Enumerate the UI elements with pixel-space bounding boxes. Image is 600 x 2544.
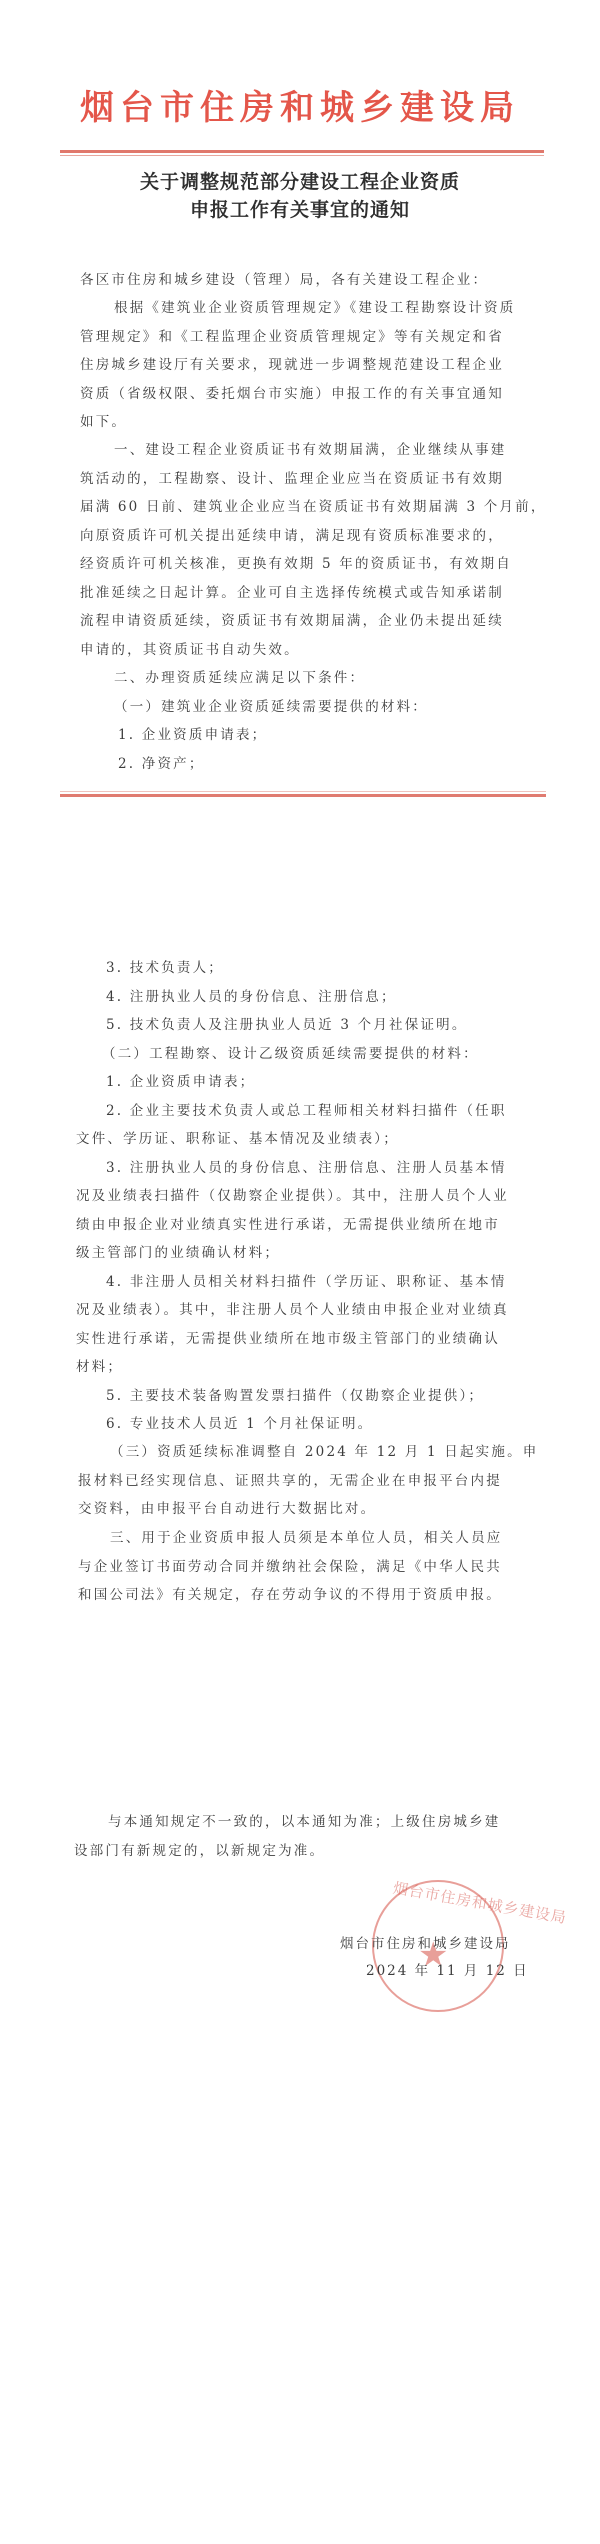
list-item-continued: 绩由申报企业对业绩真实性进行承诺，无需提供业绩所在地市 <box>76 1211 526 1240</box>
text-line: 根据《建筑业企业资质管理规定》《建设工程勘察设计资质 <box>80 294 526 323</box>
subsection-1-heading: （一）建筑业企业资质延续需要提供的材料： <box>80 693 526 722</box>
text-line: 流程申请资质延续，资质证书有效期届满，企业仍未提出延续 <box>80 607 526 636</box>
page-break-divider <box>60 794 546 797</box>
salutation-text: 各区市住房和城乡建设（管理）局，各有关建设工程企业： <box>80 266 526 295</box>
subsection-3-paragraph: （三）资质延续标准调整自 2024 年 12 月 1 日起实施。申 报材料已经实… <box>80 1438 526 1524</box>
text-line: 向原资质许可机关提出延续申请，满足现有资质标准要求的， <box>80 522 526 551</box>
list-item-continued: 文件、学历证、职称证、基本情况及业绩表）； <box>76 1125 526 1154</box>
subsection-2-items: 1. 企业资质申请表； 2. 企业主要技术负责人或总工程师相关材料扫描件（任职 … <box>80 1068 526 1439</box>
document-title-line-1: 关于调整规范部分建设工程企业资质 <box>0 168 600 196</box>
text-line: 经资质许可机关核准，更换有效期 5 年的资质证书，有效期自 <box>80 550 526 579</box>
list-item: 1. 企业资质申请表； <box>80 721 526 750</box>
subsection-2-heading: （二）工程勘察、设计乙级资质延续需要提供的材料： <box>80 1040 526 1069</box>
masthead-divider <box>60 150 544 153</box>
list-item: 5. 技术负责人及注册执业人员近 3 个月社保证明。 <box>80 1011 526 1040</box>
list-item-continued: 况及业绩表扫描件（仅勘察企业提供）。其中，注册人员个人业 <box>76 1182 526 1211</box>
text-line: 届满 60 日前、建筑业企业应当在资质证书有效期届满 3 个月前， <box>80 493 526 522</box>
section-1-paragraph: 一、建设工程企业资质证书有效期届满，企业继续从事建 筑活动的，工程勘察、设计、监… <box>80 436 526 664</box>
text-line: 设部门有新规定的，以新规定为准。 <box>74 1837 526 1866</box>
text-line: 资质（省级权限、委托烟台市实施）申报工作的有关事宜通知 <box>80 380 526 409</box>
text-line: 和国公司法》有关规定，存在劳动争议的不得用于资质申报。 <box>78 1581 526 1610</box>
section-3-paragraph: 三、用于企业资质申报人员须是本单位人员，相关人员应 与企业签订书面劳动合同并缴纳… <box>80 1524 526 1610</box>
text-line: 与企业签订书面劳动合同并缴纳社会保险，满足《中华人民共 <box>78 1553 526 1582</box>
text-line: 筑活动的，工程勘察、设计、监理企业应当在资质证书有效期 <box>80 465 526 494</box>
text-line: 交资料，由申报平台自动进行大数据比对。 <box>78 1495 526 1524</box>
subsection-1-continued: 3. 技术负责人； 4. 注册执业人员的身份信息、注册信息； 5. 技术负责人及… <box>80 954 526 1068</box>
text-line: 与本通知规定不一致的，以本通知为准；上级住房城乡建 <box>80 1808 526 1837</box>
list-item-continued: 况及业绩表）。其中，非注册人员个人业绩由申报企业对业绩真 <box>76 1296 526 1325</box>
salutation: 各区市住房和城乡建设（管理）局，各有关建设工程企业： <box>80 266 526 295</box>
list-item: 3. 注册执业人员的身份信息、注册信息、注册人员基本情 <box>80 1154 526 1183</box>
intro-paragraph: 根据《建筑业企业资质管理规定》《建设工程勘察设计资质 管理规定》和《工程监理企业… <box>80 294 526 437</box>
list-item-continued: 材料； <box>76 1353 526 1382</box>
seal-text: 烟台市住房和城乡建设局 <box>392 1877 569 1928</box>
list-item-continued: 级主管部门的业绩确认材料； <box>76 1239 526 1268</box>
list-item: 4. 注册执业人员的身份信息、注册信息； <box>80 983 526 1012</box>
list-item: 2. 企业主要技术负责人或总工程师相关材料扫描件（任职 <box>80 1097 526 1126</box>
document-title-line-2: 申报工作有关事宜的通知 <box>0 196 600 224</box>
signature-issuer: 烟台市住房和城乡建设局 <box>340 1932 511 1952</box>
list-item: 1. 企业资质申请表； <box>80 1068 526 1097</box>
section-2-block: 二、办理资质延续应满足以下条件： （一）建筑业企业资质延续需要提供的材料： 1.… <box>80 664 526 778</box>
text-line: 报材料已经实现信息、证照共享的，无需企业在申报平台内提 <box>78 1467 526 1496</box>
list-item: 3. 技术负责人； <box>80 954 526 983</box>
text-line: 三、用于企业资质申报人员须是本单位人员，相关人员应 <box>80 1524 526 1553</box>
text-line: 批准延续之日起计算。企业可自主选择传统模式或告知承诺制 <box>80 579 526 608</box>
list-item: 6. 专业技术人员近 1 个月社保证明。 <box>80 1410 526 1439</box>
list-item: 2. 净资产； <box>80 750 526 779</box>
issuer-masthead: 烟台市住房和城乡建设局 <box>0 86 600 130</box>
closing-paragraph: 与本通知规定不一致的，以本通知为准；上级住房城乡建 设部门有新规定的，以新规定为… <box>80 1808 526 1865</box>
section-2-heading: 二、办理资质延续应满足以下条件： <box>80 664 526 693</box>
list-item: 4. 非注册人员相关材料扫描件（学历证、职称证、基本情 <box>80 1268 526 1297</box>
list-item-continued: 实性进行承诺，无需提供业绩所在地市级主管部门的业绩确认 <box>76 1325 526 1354</box>
text-line: 一、建设工程企业资质证书有效期届满，企业继续从事建 <box>80 436 526 465</box>
text-line: （三）资质延续标准调整自 2024 年 12 月 1 日起实施。申 <box>80 1438 526 1467</box>
text-line: 申请的，其资质证书自动失效。 <box>80 636 526 665</box>
list-item: 5. 主要技术装备购置发票扫描件（仅勘察企业提供）； <box>80 1382 526 1411</box>
text-line: 如下。 <box>80 408 526 437</box>
text-line: 住房城乡建设厅有关要求，现就进一步调整规范建设工程企业 <box>80 351 526 380</box>
text-line: 管理规定》和《工程监理企业资质管理规定》等有关规定和省 <box>80 323 526 352</box>
signature-date: 2024 年 11 月 12 日 <box>366 1959 529 1979</box>
